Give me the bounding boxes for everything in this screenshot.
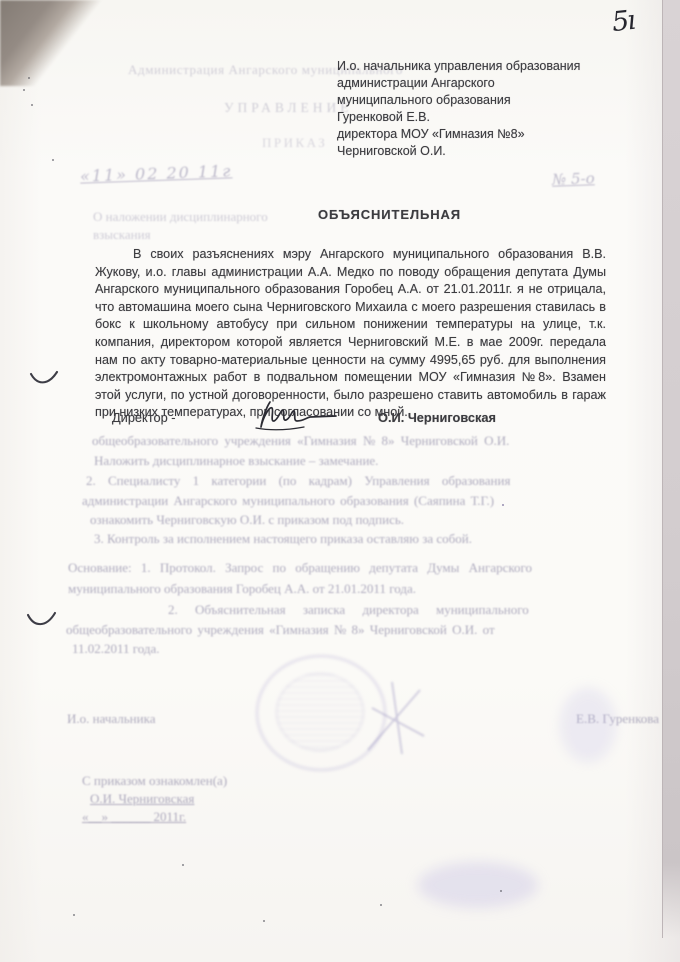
page-number-handwritten: 5ı [610,5,635,38]
dust-speck [182,864,184,866]
bleedthrough-prikaz: ПРИКАЗ [262,135,327,151]
bleedthrough-ack-line: С приказом ознакомлен(а) [82,773,227,789]
bleedthrough-order-line: 2. Специалисту 1 категории (по кадрам) У… [86,473,510,489]
dust-speck [52,159,54,161]
scan-corner-shadow [0,0,130,86]
ink-smudge [418,862,538,908]
dust-speck [263,920,265,922]
bleedthrough-footer-left: И.о. начальника [67,711,156,727]
bleedthrough-order-line: администрации Ангарского муниципального … [82,493,494,509]
dust-speck [31,104,33,106]
bleedthrough-basis-line: Основание: 1. Протокол. Запрос по обраще… [68,560,532,576]
bleedthrough-basis-line: 2. Объяснительная записка директора муни… [168,602,529,618]
dust-speck [73,914,75,916]
pen-scribble-bleedthrough [362,678,432,758]
bleedthrough-order-line: 3. Контроль за исполнением настоящего пр… [94,531,472,547]
recipient-line: Черниговской О.И. [337,143,580,160]
dust-speck [28,77,30,79]
recipient-line: директора МОУ «Гимназия №8» [337,126,580,143]
bleedthrough-ack-date: «__» ______ 2011г. [82,809,186,825]
recipient-line: Гуренковой Е.В. [337,109,580,126]
bleedthrough-basis-line: 11.02.2011 года. [72,641,160,657]
bleedthrough-upravlenie: УПРАВЛЕНИЕ [224,100,352,116]
stamp-inner-ring [276,673,364,751]
bleedthrough-subject-line2: взыскания [93,227,151,243]
pen-check-mark [25,608,59,632]
ink-speck [502,504,504,506]
dust-speck [380,904,382,906]
bleedthrough-date-scrawl: «11» 02 20 11г [80,161,233,185]
bleedthrough-order-line: Наложить дисциплинарное взыскание – заме… [94,453,378,469]
bleedthrough-subject-line1: О наложении дисциплинарного [93,209,268,225]
signature-role-label: Директор - [112,410,176,425]
dust-speck [500,890,502,892]
bleedthrough-basis-line: муниципального образования Горобец А.А. … [68,581,416,597]
recipient-block: И.о. начальника управления образования а… [337,58,580,160]
bleedthrough-basis-line: общеобразовательного учреждения «Гимнази… [66,622,495,638]
document-title: ОБЪЯСНИТЕЛЬНАЯ [318,207,461,222]
ink-smudge [560,688,616,762]
bleedthrough-order-line: ознакомить Черниговскую О.И. с приказом … [90,512,404,528]
bleedthrough-number-scrawl: № 5-о [552,169,595,188]
recipient-line: И.о. начальника управления образования [337,58,580,75]
scanned-document-page: Администрация Ангарского муниципального … [0,0,680,962]
recipient-line: администрации Ангарского [337,75,580,92]
dust-speck [23,89,25,91]
scan-edge-strip [662,0,680,938]
bleedthrough-ack-name: О.И. Черниговская [90,791,194,807]
handwritten-signature [248,394,358,436]
signature-name: О.И. Черниговская [378,410,496,425]
pen-check-mark [28,368,62,390]
recipient-line: муниципального образования [337,92,580,109]
